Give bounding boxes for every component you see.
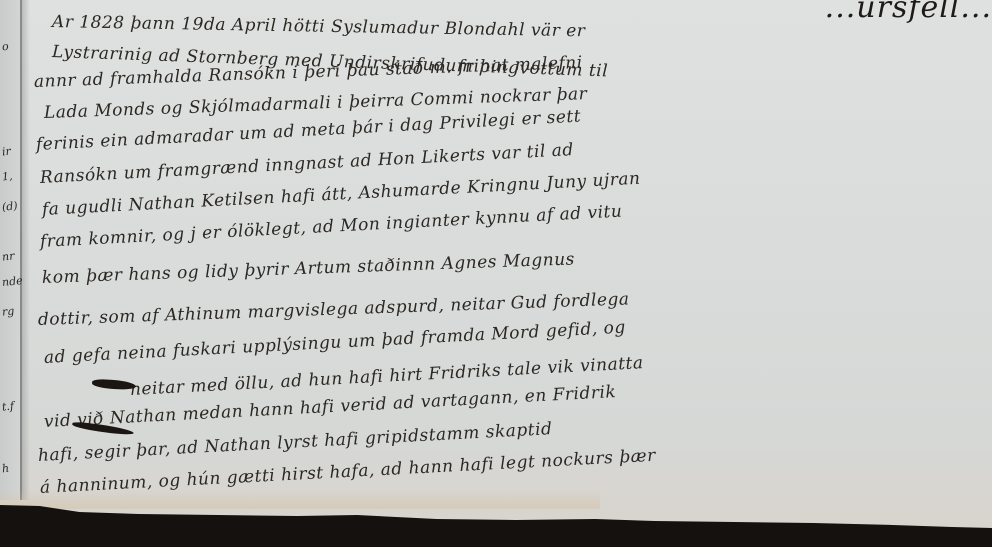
page-heading-fragment: ...ursfell... bbox=[825, 0, 992, 25]
margin-note: rg bbox=[1, 304, 15, 318]
manuscript-line: Ar 1828 þann 19da April hötti Syslumadur… bbox=[52, 12, 586, 41]
margin-note: h bbox=[1, 462, 9, 476]
margin-note: o bbox=[1, 40, 9, 54]
margin-note: (d) bbox=[1, 199, 18, 214]
margin-note: t.f bbox=[1, 399, 14, 413]
margin-note: ir bbox=[1, 145, 11, 159]
manuscript-page: o ir 1, (d) nr nde rg t.f h ...ursfell..… bbox=[0, 0, 992, 547]
manuscript-line: kom þær hans og lidy þyrir Artum staðinn… bbox=[42, 249, 576, 288]
margin-note: 1, bbox=[1, 169, 13, 183]
margin-note: nde bbox=[1, 274, 23, 289]
margin-note: nr bbox=[1, 249, 15, 263]
gutter-shadow bbox=[22, 0, 30, 500]
page-edge-stain bbox=[0, 489, 600, 509]
